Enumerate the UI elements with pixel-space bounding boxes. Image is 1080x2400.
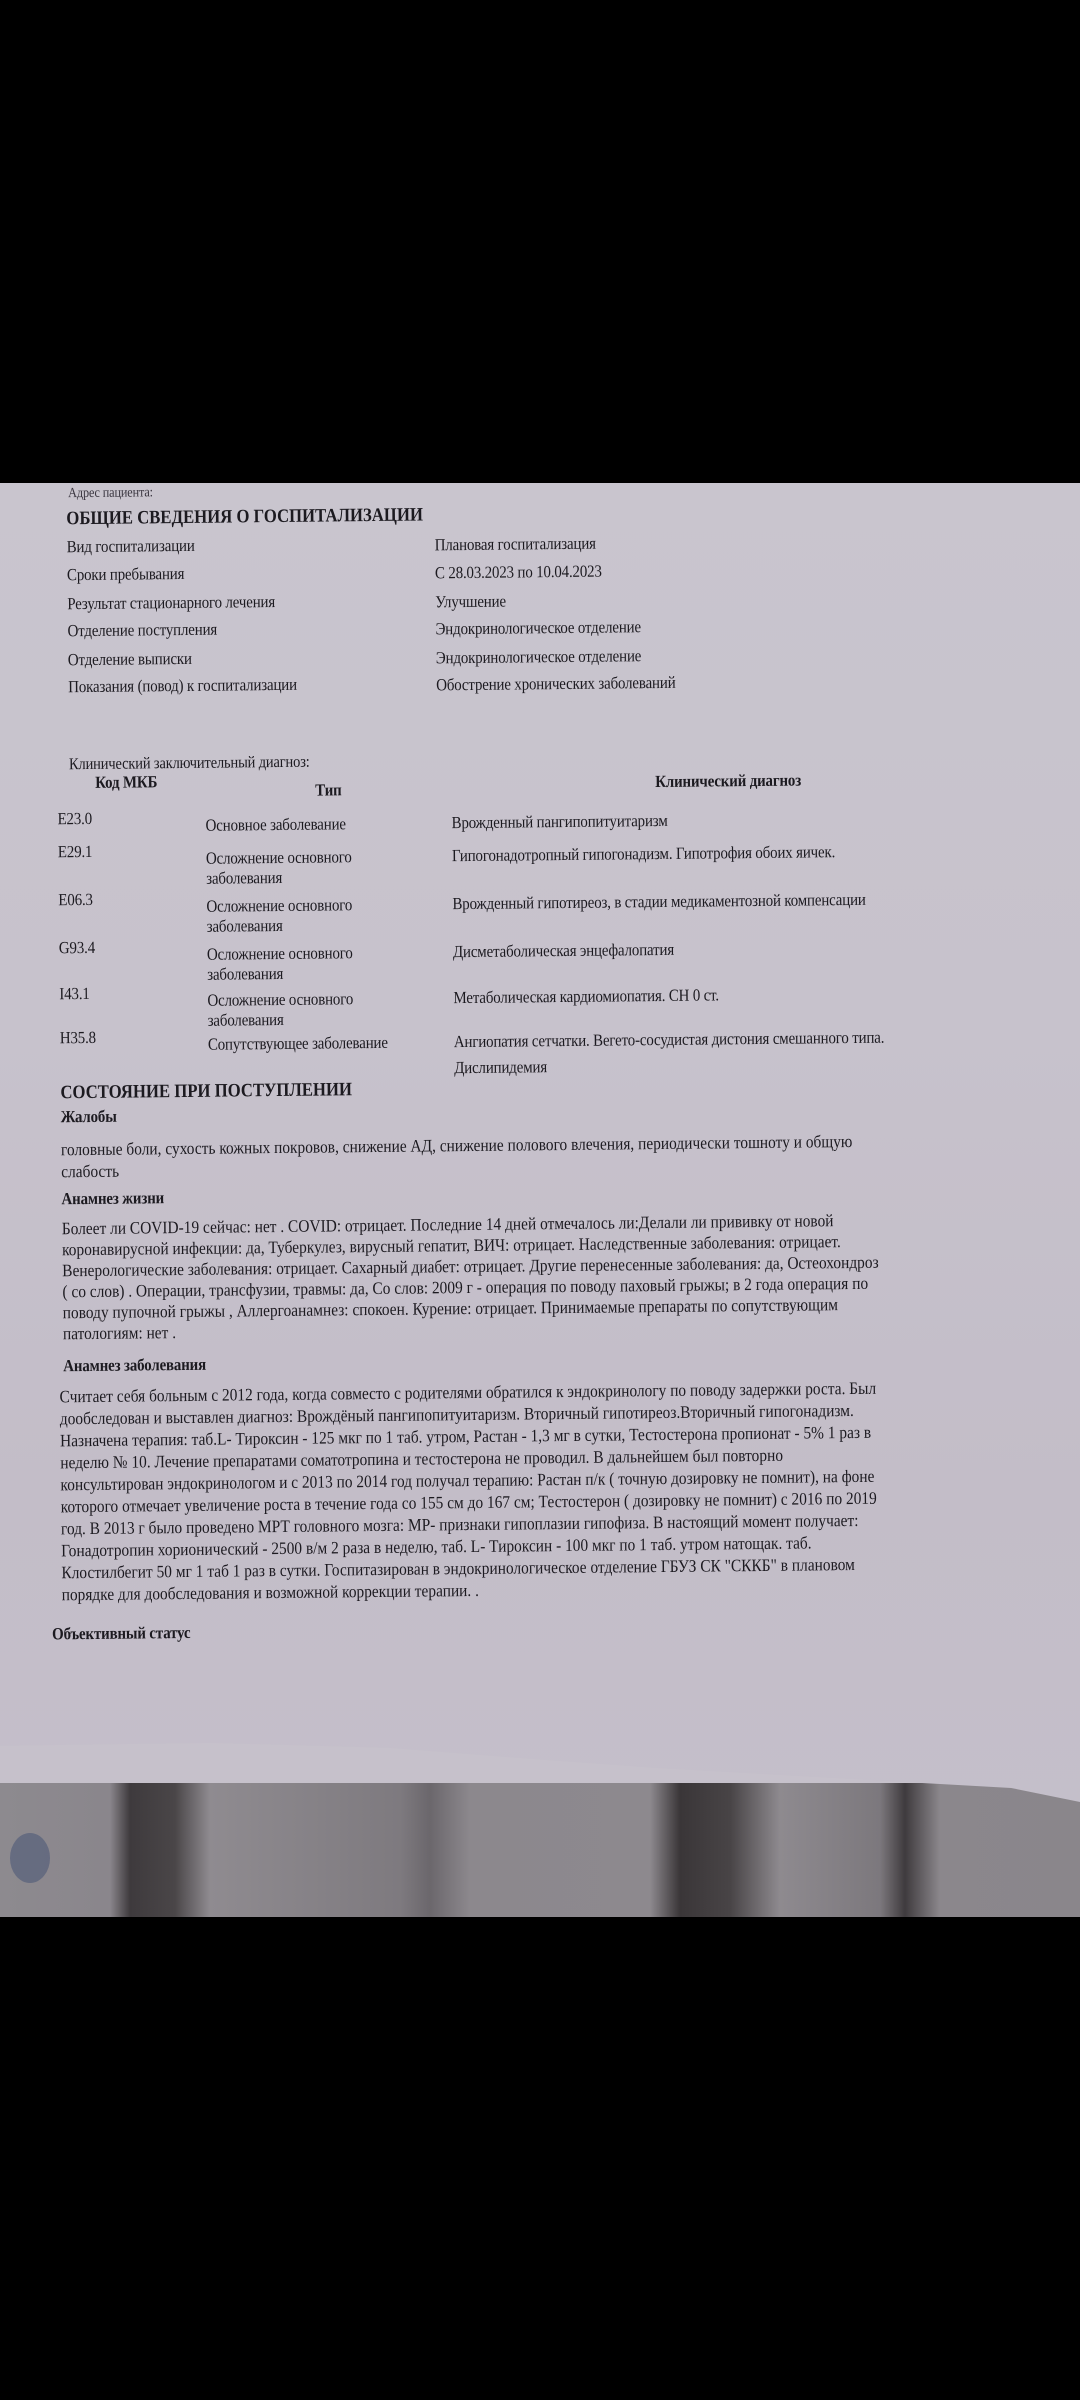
disease-history-title: Анамнез заболевания [63, 1355, 206, 1376]
admission-state-title: СОСТОЯНИЕ ПРИ ПОСТУПЛЕНИИ [60, 1079, 352, 1104]
clinical-diagnosis: Врожденный пангипопитуитаризм [451, 811, 667, 833]
disease-history-text: Считает себя больным с 2012 года, когда … [59, 1375, 1047, 1605]
icd-code: H35.8 [60, 1028, 96, 1048]
complaints-text: головные боли, сухость кожных покровов, … [61, 1128, 1047, 1182]
clinical-diagnosis: Метаболическая кардиомиопатия. СН 0 ст. [453, 985, 719, 1008]
column-header-icd-code: Код МКБ [95, 772, 157, 793]
diagnosis-type: Осложнение основного [206, 847, 352, 869]
clinical-diagnosis: Дисметаболическая энцефалопатия [453, 940, 674, 962]
black-frame-bottom [0, 1917, 1080, 2400]
diagnosis-type: заболевания [207, 964, 283, 985]
clinical-diagnosis: Гипогонадотропный гипогонадизм. Гипотроф… [452, 842, 835, 866]
field-value: Плановая госпитализация [435, 534, 596, 556]
life-history-title: Анамнез жизни [61, 1188, 164, 1209]
diagnosis-title: Клинический заключительный диагноз: [69, 752, 310, 775]
field-value: Эндокринологическое отделение [435, 617, 641, 639]
field-label: Показания (повод) к госпитализации [68, 675, 297, 697]
clinical-diagnosis: Ангиопатия сетчатки. Вегето-сосудистая д… [454, 1028, 885, 1053]
diagnosis-type: Осложнение основного [207, 943, 353, 965]
icd-code: G93.4 [59, 938, 95, 958]
hospitalization-section-title: ОБЩИЕ СВЕДЕНИЯ О ГОСПИТАЛИЗАЦИИ [66, 504, 423, 530]
clinical-diagnosis: Дислипидемия [454, 1057, 547, 1078]
icd-code: E06.3 [58, 890, 93, 910]
field-label: Результат стационарного лечения [67, 592, 275, 614]
field-label: Отделение поступления [67, 620, 217, 642]
diagnosis-type: Осложнение основного [207, 989, 353, 1011]
icd-code: I43.1 [59, 984, 89, 1004]
document-photo: Адрес пациента: ОБЩИЕ СВЕДЕНИЯ О ГОСПИТА… [0, 483, 1080, 1917]
clinical-diagnosis: Врожденный гипотиреоз, в стадии медикаме… [452, 890, 865, 914]
icd-code: E23.0 [57, 809, 92, 829]
life-history-text: Болеет ли COVID-19 сейчас: нет . COVID: … [62, 1208, 1049, 1344]
field-value: Улучшение [435, 592, 506, 613]
objective-status-title: Объективный статус [52, 1623, 191, 1644]
field-value: С 28.03.2023 по 10.04.2023 [435, 562, 602, 584]
complaints-title: Жалобы [61, 1107, 117, 1128]
diagnosis-type: Осложнение основного [206, 895, 352, 917]
field-label: Отделение выписки [68, 649, 192, 670]
diagnosis-type: заболевания [207, 916, 283, 937]
field-value: Эндокринологическое отделение [436, 646, 642, 668]
paper-sheet: Адрес пациента: ОБЩИЕ СВЕДЕНИЯ О ГОСПИТА… [0, 483, 1080, 1823]
diagnosis-type: Сопутствующее заболевание [208, 1033, 388, 1055]
column-header-clinical-diagnosis: Клинический диагноз [655, 771, 801, 793]
field-value: Обострение хронических заболеваний [436, 673, 676, 696]
field-label: Вид госпитализации [67, 536, 195, 557]
black-frame-top [0, 0, 1080, 483]
icd-code: E29.1 [58, 842, 93, 862]
diagnosis-type: Основное заболевание [205, 814, 345, 835]
fabric-background [0, 1783, 1080, 1917]
column-header-type: Тип [315, 780, 342, 800]
diagnosis-type: заболевания [208, 1010, 284, 1031]
patient-address-label: Адрес пациента: [68, 485, 153, 502]
field-label: Сроки пребывания [67, 564, 185, 585]
diagnosis-type: заболевания [206, 868, 282, 889]
